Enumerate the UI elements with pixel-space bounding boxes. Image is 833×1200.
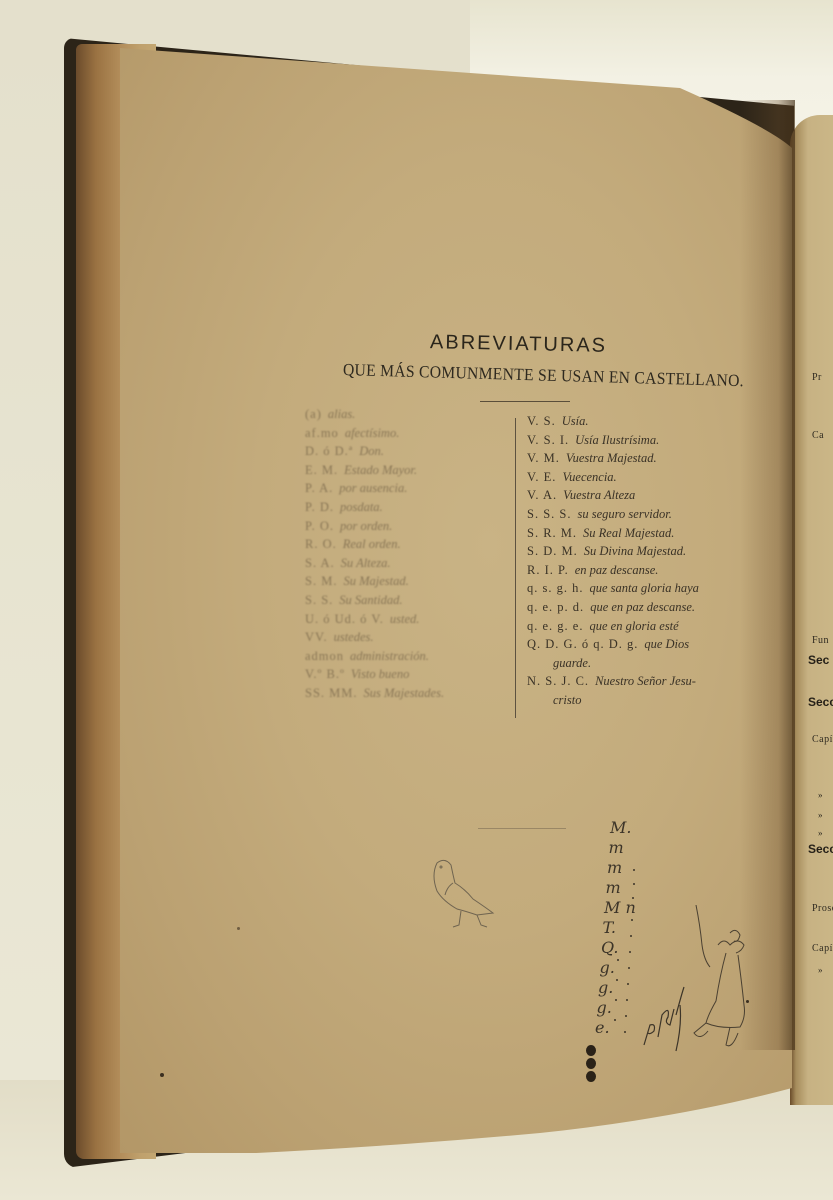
abbreviation-meaning: Su Santidad. <box>339 593 402 607</box>
abbreviation-code: S. R. M. <box>527 526 577 540</box>
abbreviation-entry: VV.ustedes. <box>305 628 515 647</box>
abbreviation-code: q. s. g. h. <box>527 581 584 595</box>
abbreviation-meaning: Visto bueno <box>351 667 409 681</box>
abbreviation-meaning: alias. <box>328 407 355 421</box>
abbreviation-code: P. A. <box>305 481 333 495</box>
ink-spot <box>160 1073 164 1077</box>
abbreviation-code: R. I. P. <box>527 563 569 577</box>
abbreviation-meaning: Su Majestad. <box>343 574 408 588</box>
abbreviation-entry: Q. D. G. ó q. D. g.que Dios <box>527 635 767 654</box>
abbreviation-code: V. S. <box>527 414 556 428</box>
abbreviation-meaning: Su Alteza. <box>341 556 391 570</box>
abbreviation-meaning: Usía. <box>562 414 589 428</box>
abbreviation-meaning: cristo <box>553 693 581 707</box>
abbreviation-meaning: Real orden. <box>343 537 401 551</box>
abbreviation-code: VV. <box>305 630 328 644</box>
signature <box>640 985 690 1055</box>
abbreviation-entry: V. A.Vuestra Alteza <box>527 486 767 505</box>
abbreviation-meaning: Usía Ilustrísima. <box>575 433 659 447</box>
abbreviation-code: P. O. <box>305 519 334 533</box>
ink-spot <box>746 1000 749 1003</box>
abbreviation-code: U. ó Ud. ó V. <box>305 612 384 626</box>
abbreviation-entry: U. ó Ud. ó V.usted. <box>305 610 515 629</box>
abbreviations-right-column: V. S.Usía.V. S. I.Usía Ilustrísima.V. M.… <box>527 412 767 710</box>
woman-figure-sketch-icon <box>690 905 770 1055</box>
abbreviation-code: admon <box>305 649 344 663</box>
abbreviation-code: V. S. I. <box>527 433 569 447</box>
page-content: ABREVIATURAS QUE MÁS COMUNMENTE SE USAN … <box>0 0 833 1200</box>
abbreviation-entry: S. R. M.Su Real Majestad. <box>527 524 767 543</box>
abbreviation-entry: V. E.Vuecencia. <box>527 468 767 487</box>
abbreviation-code: V. A. <box>527 488 557 502</box>
abbreviation-meaning: Sus Majestades. <box>364 686 445 700</box>
handwritten-letter: M. <box>610 818 640 838</box>
abbreviation-meaning: por ausencia. <box>339 481 407 495</box>
abbreviation-code: (a) <box>305 407 322 421</box>
abbreviation-entry: guarde. <box>527 654 767 673</box>
abbreviation-code: V. E. <box>527 470 556 484</box>
abbreviation-code: V.º B.º <box>305 667 345 681</box>
abbreviation-entry: V. S.Usía. <box>527 412 767 431</box>
abbreviation-code: E. M. <box>305 463 338 477</box>
abbreviation-entry: R. I. P.en paz descanse. <box>527 561 767 580</box>
abbreviation-entry: admonadministración. <box>305 647 515 666</box>
bird-sketch-icon <box>425 855 510 945</box>
ink-blots <box>586 1045 596 1084</box>
abbreviation-meaning: usted. <box>390 612 420 626</box>
abbreviation-code: N. S. J. C. <box>527 674 589 688</box>
abbreviation-code: S. S. <box>305 593 333 607</box>
abbreviation-entry: D. ó D.ªDon. <box>305 442 515 461</box>
abbreviation-code: P. D. <box>305 500 334 514</box>
abbreviation-code: S. M. <box>305 574 337 588</box>
abbreviation-meaning: Estado Mayor. <box>344 463 417 477</box>
abbreviation-entry: q. e. p. d.que en paz descanse. <box>527 598 767 617</box>
abbreviation-code: S. A. <box>305 556 335 570</box>
abbreviation-entry: SS. MM.Sus Majestades. <box>305 684 515 703</box>
abbreviation-meaning: en paz descanse. <box>575 563 659 577</box>
abbreviation-entry: q. e. g. e.que en gloria esté <box>527 617 767 636</box>
abbreviation-meaning: Don. <box>359 444 384 458</box>
abbreviation-entry: P. D.posdata. <box>305 498 515 517</box>
abbreviation-code: af.mo <box>305 426 339 440</box>
abbreviation-meaning: administración. <box>350 649 429 663</box>
abbreviation-code: Q. D. G. ó q. D. g. <box>527 637 638 651</box>
abbreviation-meaning: que Dios <box>644 637 689 651</box>
abbreviation-entry: (a)alias. <box>305 405 515 424</box>
page-subtitle: QUE MÁS COMUNMENTE SE USAN EN CASTELLANO… <box>343 360 744 391</box>
abbreviation-entry: S. D. M.Su Divina Majestad. <box>527 542 767 561</box>
abbreviation-meaning: guarde. <box>553 656 591 670</box>
abbreviation-entry: cristo <box>527 691 767 710</box>
abbreviation-meaning: posdata. <box>340 500 383 514</box>
abbreviation-meaning: Vuestra Majestad. <box>566 451 657 465</box>
abbreviation-code: SS. MM. <box>305 686 358 700</box>
abbreviation-entry: q. s. g. h.que santa gloria haya <box>527 579 767 598</box>
abbreviation-meaning: Vuestra Alteza <box>563 488 635 502</box>
abbreviation-entry: R. O.Real orden. <box>305 535 515 554</box>
abbreviation-code: R. O. <box>305 537 337 551</box>
handwritten-letter: m <box>609 838 641 858</box>
abbreviation-entry: S. S. S.su seguro servidor. <box>527 505 767 524</box>
abbreviation-entry: S. S.Su Santidad. <box>305 591 515 610</box>
ink-spot <box>237 927 240 930</box>
abbreviation-entry: V. S. I.Usía Ilustrísima. <box>527 431 767 450</box>
abbreviation-meaning: ustedes. <box>334 630 374 644</box>
abbreviation-entry: P. A.por ausencia. <box>305 479 515 498</box>
abbreviation-entry: N. S. J. C.Nuestro Señor Jesu- <box>527 672 767 691</box>
abbreviation-code: D. ó D.ª <box>305 444 353 458</box>
title-rule <box>480 401 570 402</box>
abbreviation-code: S. D. M. <box>527 544 578 558</box>
abbreviation-entry: V. M.Vuestra Majestad. <box>527 449 767 468</box>
pencil-line <box>478 828 566 829</box>
abbreviation-meaning: por orden. <box>340 519 392 533</box>
abbreviation-entry: S. M.Su Majestad. <box>305 572 515 591</box>
abbreviation-meaning: Su Divina Majestad. <box>584 544 686 558</box>
abbreviation-code: q. e. p. d. <box>527 600 584 614</box>
abbreviation-entry: E. M.Estado Mayor. <box>305 461 515 480</box>
abbreviation-meaning: Su Real Majestad. <box>583 526 674 540</box>
column-divider <box>515 418 516 718</box>
dotted-lines-icon <box>612 860 642 1060</box>
abbreviation-meaning: afectísimo. <box>345 426 400 440</box>
abbreviation-meaning: que en paz descanse. <box>590 600 695 614</box>
abbreviation-meaning: que santa gloria haya <box>590 581 699 595</box>
abbreviation-meaning: Nuestro Señor Jesu- <box>595 674 696 688</box>
abbreviation-entry: S. A.Su Alteza. <box>305 554 515 573</box>
abbreviation-entry: V.º B.ºVisto bueno <box>305 665 515 684</box>
abbreviations-left-column: (a)alias.af.moafectísimo.D. ó D.ªDon.E. … <box>305 405 515 703</box>
abbreviation-entry: P. O.por orden. <box>305 517 515 536</box>
abbreviation-code: q. e. g. e. <box>527 619 583 633</box>
abbreviation-meaning: Vuecencia. <box>562 470 616 484</box>
abbreviation-entry: af.moafectísimo. <box>305 424 515 443</box>
abbreviation-meaning: que en gloria esté <box>589 619 678 633</box>
abbreviation-code: V. M. <box>527 451 560 465</box>
abbreviation-meaning: su seguro servidor. <box>577 507 671 521</box>
abbreviation-code: S. S. S. <box>527 507 571 521</box>
page-title: ABREVIATURAS <box>430 331 607 358</box>
